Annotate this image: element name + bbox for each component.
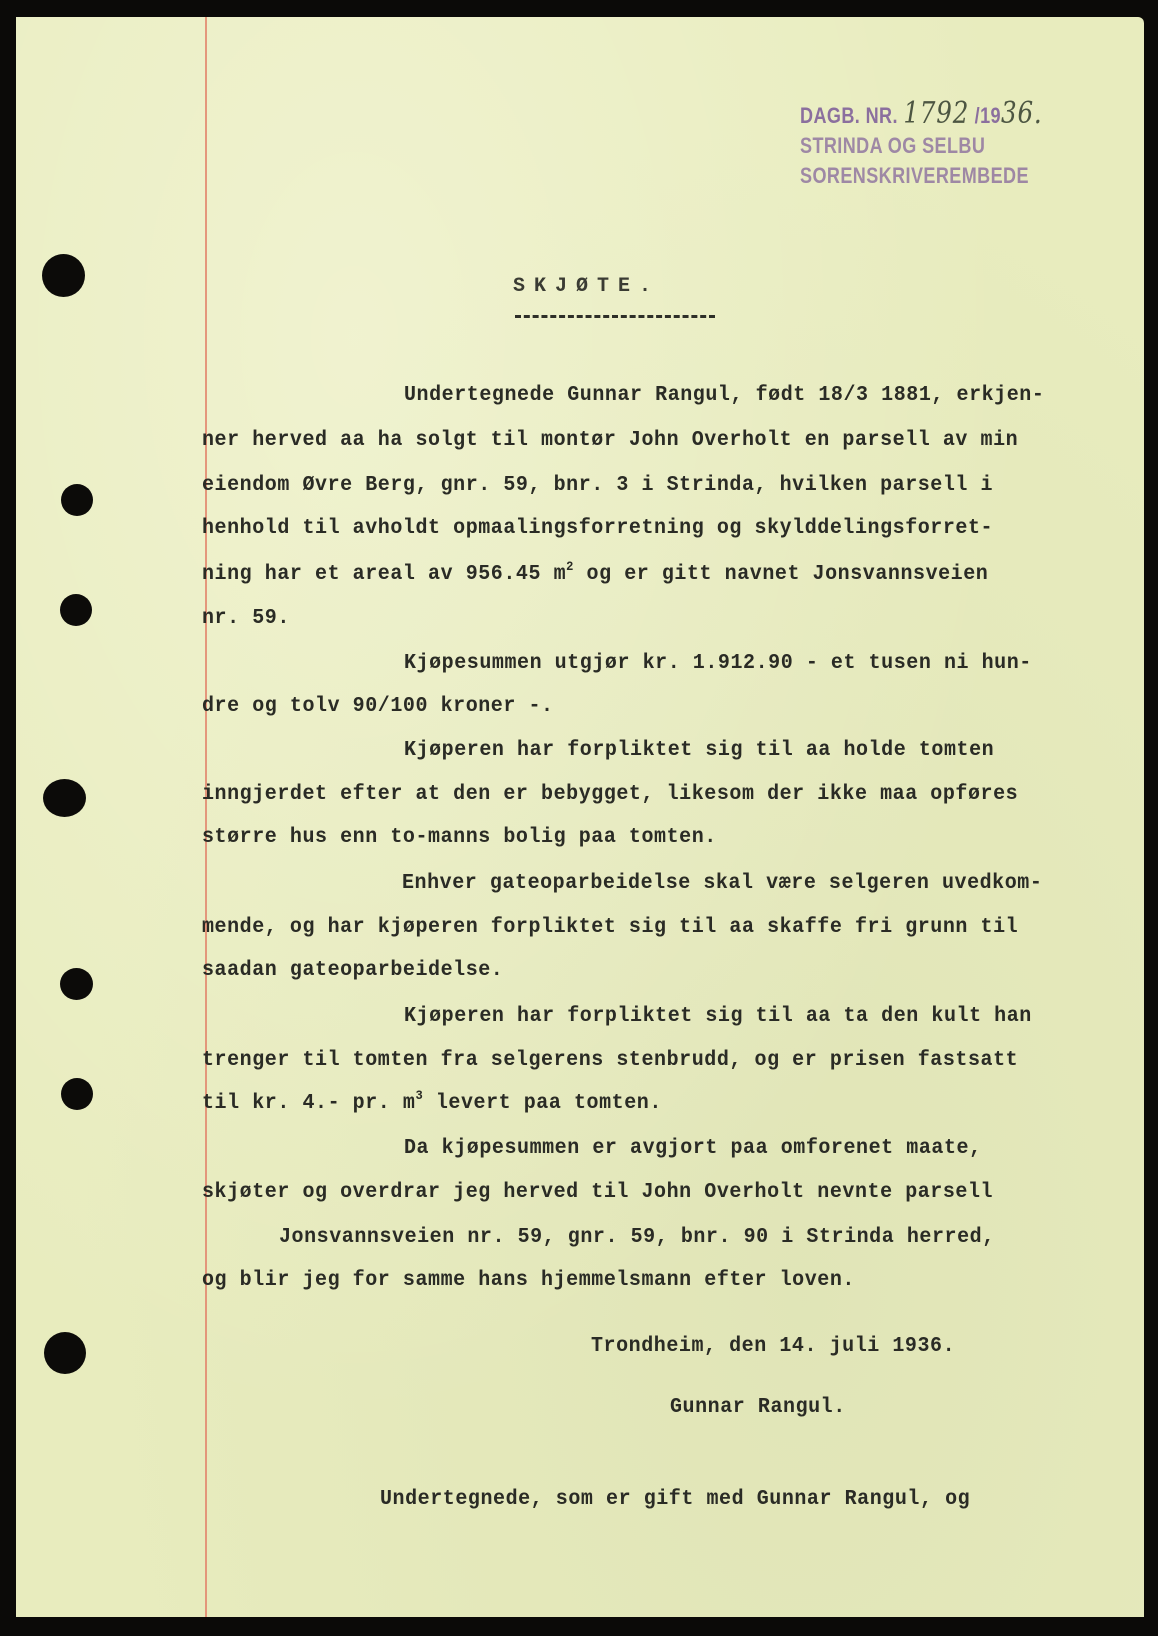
stamp-line-office: SORENSKRIVEREMBEDE bbox=[800, 161, 1043, 191]
hole-punch-icon bbox=[44, 1332, 86, 1374]
hole-punch-icon bbox=[61, 1078, 93, 1110]
body-line: Enhver gateoparbeidelse skal være selger… bbox=[402, 871, 1042, 895]
body-line: Jonsvannsveien nr. 59, gnr. 59, bnr. 90 … bbox=[279, 1225, 995, 1249]
stamp-year-printed: 19 bbox=[980, 103, 1001, 128]
price-text: til kr. 4.- pr. m bbox=[202, 1091, 415, 1115]
document-title: SKJØTE. bbox=[513, 275, 660, 298]
body-line: Da kjøpesummen er avgjort paa omforenet … bbox=[404, 1136, 982, 1160]
body-line: mende, og har kjøperen forpliktet sig ti… bbox=[202, 915, 1018, 939]
body-line: ning har et areal av 956.45 m2 og er git… bbox=[202, 562, 988, 586]
body-line: Undertegnede Gunnar Rangul, født 18/3 18… bbox=[404, 383, 1044, 407]
stamp-label: DAGB. NR. bbox=[800, 103, 898, 128]
hole-punch-icon bbox=[43, 779, 86, 817]
continuation-line: Undertegnede, som er gift med Gunnar Ran… bbox=[380, 1487, 970, 1511]
body-line: nr. 59. bbox=[202, 606, 290, 630]
handwritten-journal-number: 1792 bbox=[903, 96, 969, 131]
body-line: ner herved aa ha solgt til montør John O… bbox=[202, 428, 1018, 452]
body-line: saadan gateoparbeidelse. bbox=[202, 958, 503, 982]
stamp-line-journal: DAGB. NR. 1792 /1936. bbox=[800, 99, 1043, 131]
superscript-2: 2 bbox=[566, 559, 574, 574]
signature: Gunnar Rangul. bbox=[670, 1395, 846, 1419]
body-line: og blir jeg for samme hans hjemmelsmann … bbox=[202, 1268, 855, 1292]
hole-punch-icon bbox=[60, 968, 93, 1000]
handwritten-year: 36. bbox=[1001, 96, 1043, 131]
stamp-line-district: STRINDA OG SELBU bbox=[800, 131, 1043, 161]
document-page: DAGB. NR. 1792 /1936. STRINDA OG SELBU S… bbox=[16, 17, 1144, 1617]
body-line: henhold til avholdt opmaalingsforretning… bbox=[202, 516, 993, 540]
body-line: inngjerdet efter at den er bebygget, lik… bbox=[202, 782, 1018, 806]
registry-stamp: DAGB. NR. 1792 /1936. STRINDA OG SELBU S… bbox=[800, 99, 1043, 191]
title-underline bbox=[515, 315, 715, 318]
price-text-cont: levert paa tomten. bbox=[423, 1091, 662, 1115]
body-line: større hus enn to-manns bolig paa tomten… bbox=[202, 825, 717, 849]
hole-punch-icon bbox=[60, 594, 92, 626]
body-line: dre og tolv 90/100 kroner -. bbox=[202, 694, 554, 718]
red-margin-line bbox=[205, 17, 207, 1617]
superscript-3: 3 bbox=[415, 1088, 423, 1103]
area-text-cont: og er gitt navnet Jonsvannsveien bbox=[574, 562, 988, 586]
body-line: til kr. 4.- pr. m3 levert paa tomten. bbox=[202, 1091, 662, 1115]
body-line: Kjøperen har forpliktet sig til aa holde… bbox=[404, 738, 994, 762]
body-line: eiendom Øvre Berg, gnr. 59, bnr. 3 i Str… bbox=[202, 473, 993, 497]
body-line: skjøter og overdrar jeg herved til John … bbox=[202, 1180, 993, 1204]
body-line: Kjøperen har forpliktet sig til aa ta de… bbox=[404, 1004, 1032, 1028]
body-line: trenger til tomten fra selgerens stenbru… bbox=[202, 1048, 1018, 1072]
area-text: ning har et areal av 956.45 m bbox=[202, 562, 566, 586]
hole-punch-icon bbox=[61, 484, 93, 516]
body-line: Kjøpesummen utgjør kr. 1.912.90 - et tus… bbox=[404, 651, 1032, 675]
hole-punch-icon bbox=[42, 254, 85, 297]
place-and-date: Trondheim, den 14. juli 1936. bbox=[591, 1334, 955, 1358]
